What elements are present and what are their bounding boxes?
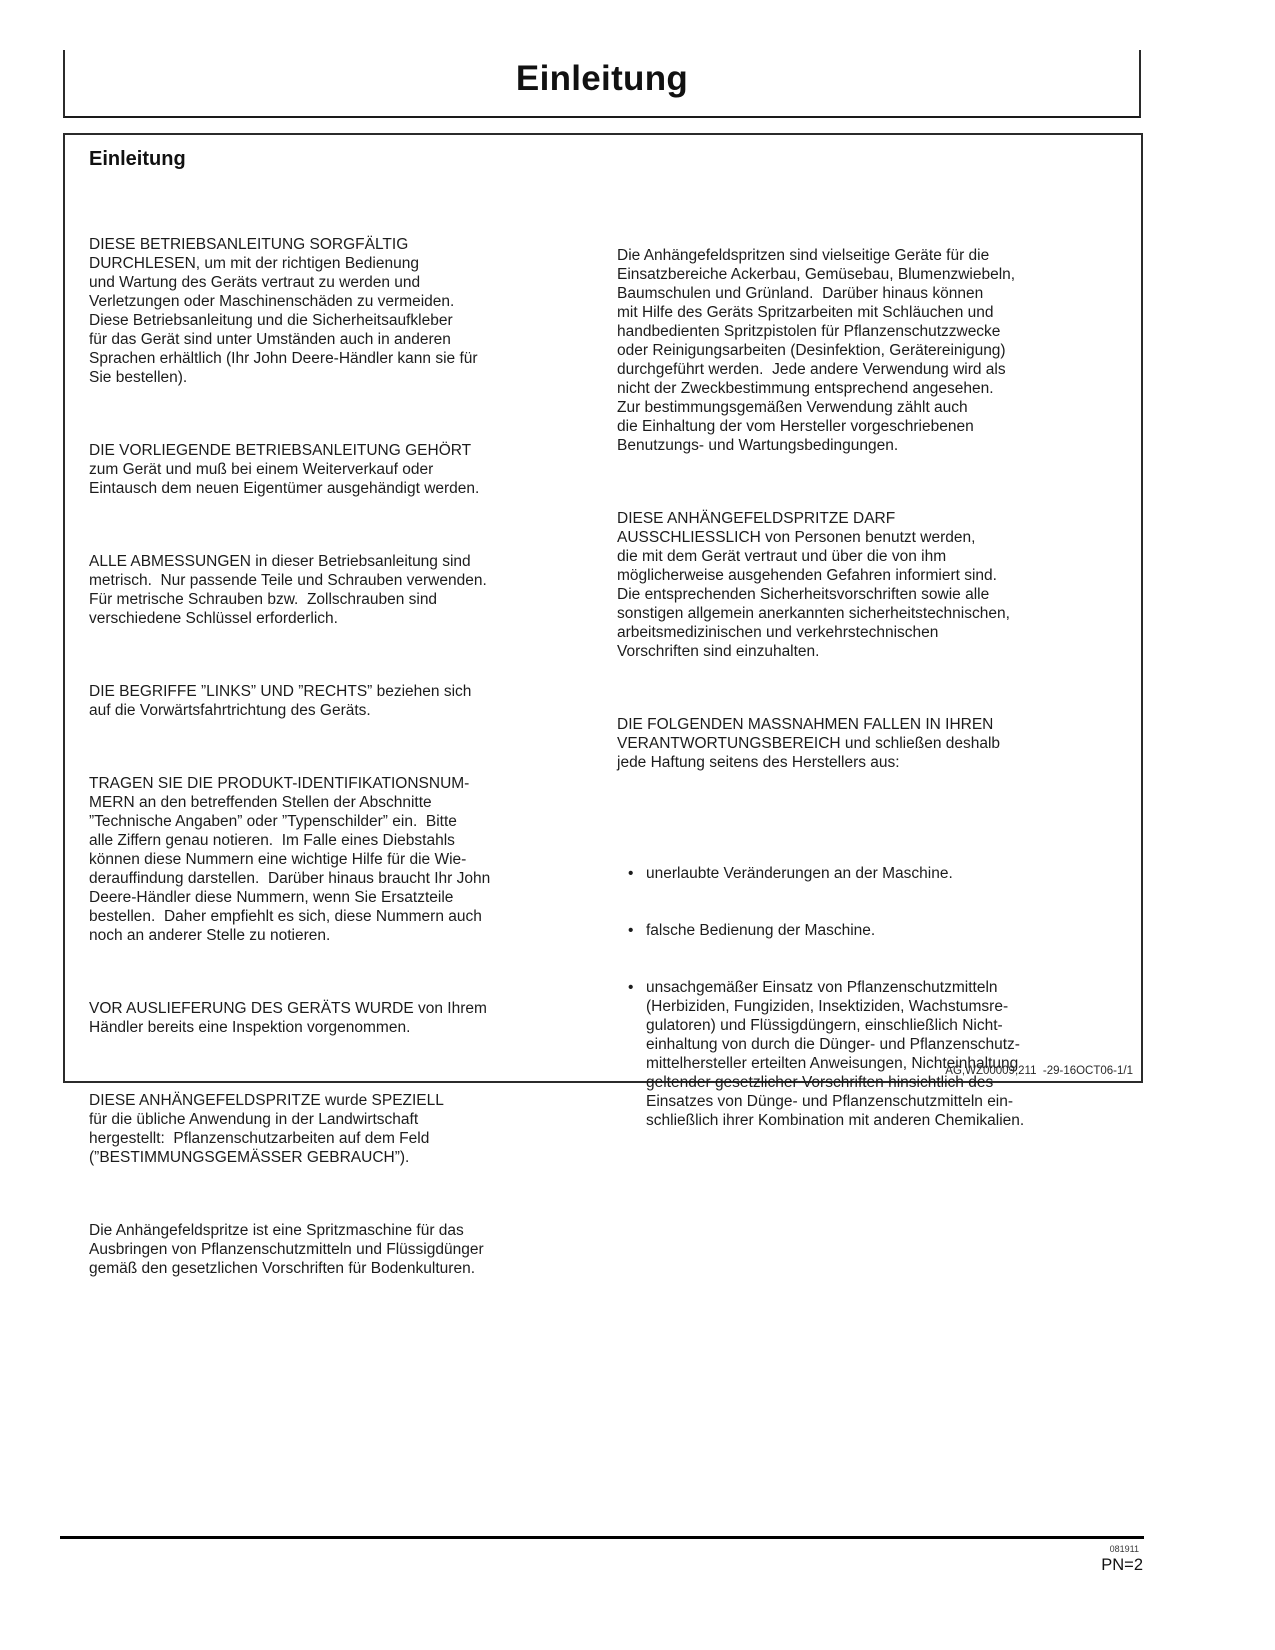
section-heading: Einleitung — [89, 148, 186, 170]
text-columns: DIESE BETRIEBSANLEITUNG SORGFÄLTIG DURCH… — [89, 197, 1125, 1316]
right-column: Die Anhängefeldspritzen sind vielseitige… — [617, 197, 1127, 1316]
paragraph-left-right: DIE BEGRIFFE ”LINKS” UND ”RECHTS” bezieh… — [89, 682, 589, 720]
print-code: 081911 — [1110, 1544, 1139, 1554]
left-column: DIESE BETRIEBSANLEITUNG SORGFÄLTIG DURCH… — [89, 197, 589, 1316]
paragraph-manual-belongs: DIE VORLIEGENDE BETRIEBSANLEITUNG GEHÖRT… — [89, 441, 589, 498]
page-header: Einleitung — [63, 50, 1141, 118]
paragraph-applications: Die Anhängefeldspritzen sind vielseitige… — [617, 246, 1127, 455]
paragraph-dimensions: ALLE ABMESSUNGEN in dieser Betriebsanlei… — [89, 552, 589, 628]
paragraph-sprayer-purpose: Die Anhängefeldspritze ist eine Spritzma… — [89, 1221, 589, 1278]
paragraph-authorized-users: DIESE ANHÄNGEFELDSPRITZE DARF AUSSCHLIES… — [617, 509, 1127, 661]
paragraph-responsibility: DIE FOLGENDEN MASSNAHMEN FALLEN IN IHREN… — [617, 715, 1127, 772]
paragraph-intended-use: DIESE ANHÄNGEFELDSPRITZE wurde SPEZIELL … — [89, 1091, 589, 1167]
document-code: AG,WZ00009,211 -29-16OCT06-1/1 — [945, 1065, 1133, 1077]
footer-rule — [60, 1536, 1144, 1539]
list-item: unsachgemäßer Einsatz von Pflanzenschutz… — [626, 978, 1127, 1130]
page-title: Einleitung — [65, 61, 1139, 97]
list-item: falsche Bedienung der Maschine. — [626, 921, 1127, 940]
paragraph-product-id: TRAGEN SIE DIE PRODUKT-IDENTIFIKATIONSNU… — [89, 774, 589, 945]
responsibility-list: unerlaubte Veränderungen an der Maschine… — [617, 826, 1127, 1168]
paragraph-pre-delivery: VOR AUSLIEFERUNG DES GERÄTS WURDE von Ih… — [89, 999, 589, 1037]
list-item: unerlaubte Veränderungen an der Maschine… — [626, 864, 1127, 883]
content-box: Einleitung DIESE BETRIEBSANLEITUNG SORGF… — [63, 133, 1143, 1083]
paragraph-read-manual: DIESE BETRIEBSANLEITUNG SORGFÄLTIG DURCH… — [89, 235, 589, 387]
page-number: PN=2 — [1101, 1556, 1143, 1574]
manual-page: Einleitung Einleitung DIESE BETRIEBSANLE… — [0, 0, 1275, 1650]
